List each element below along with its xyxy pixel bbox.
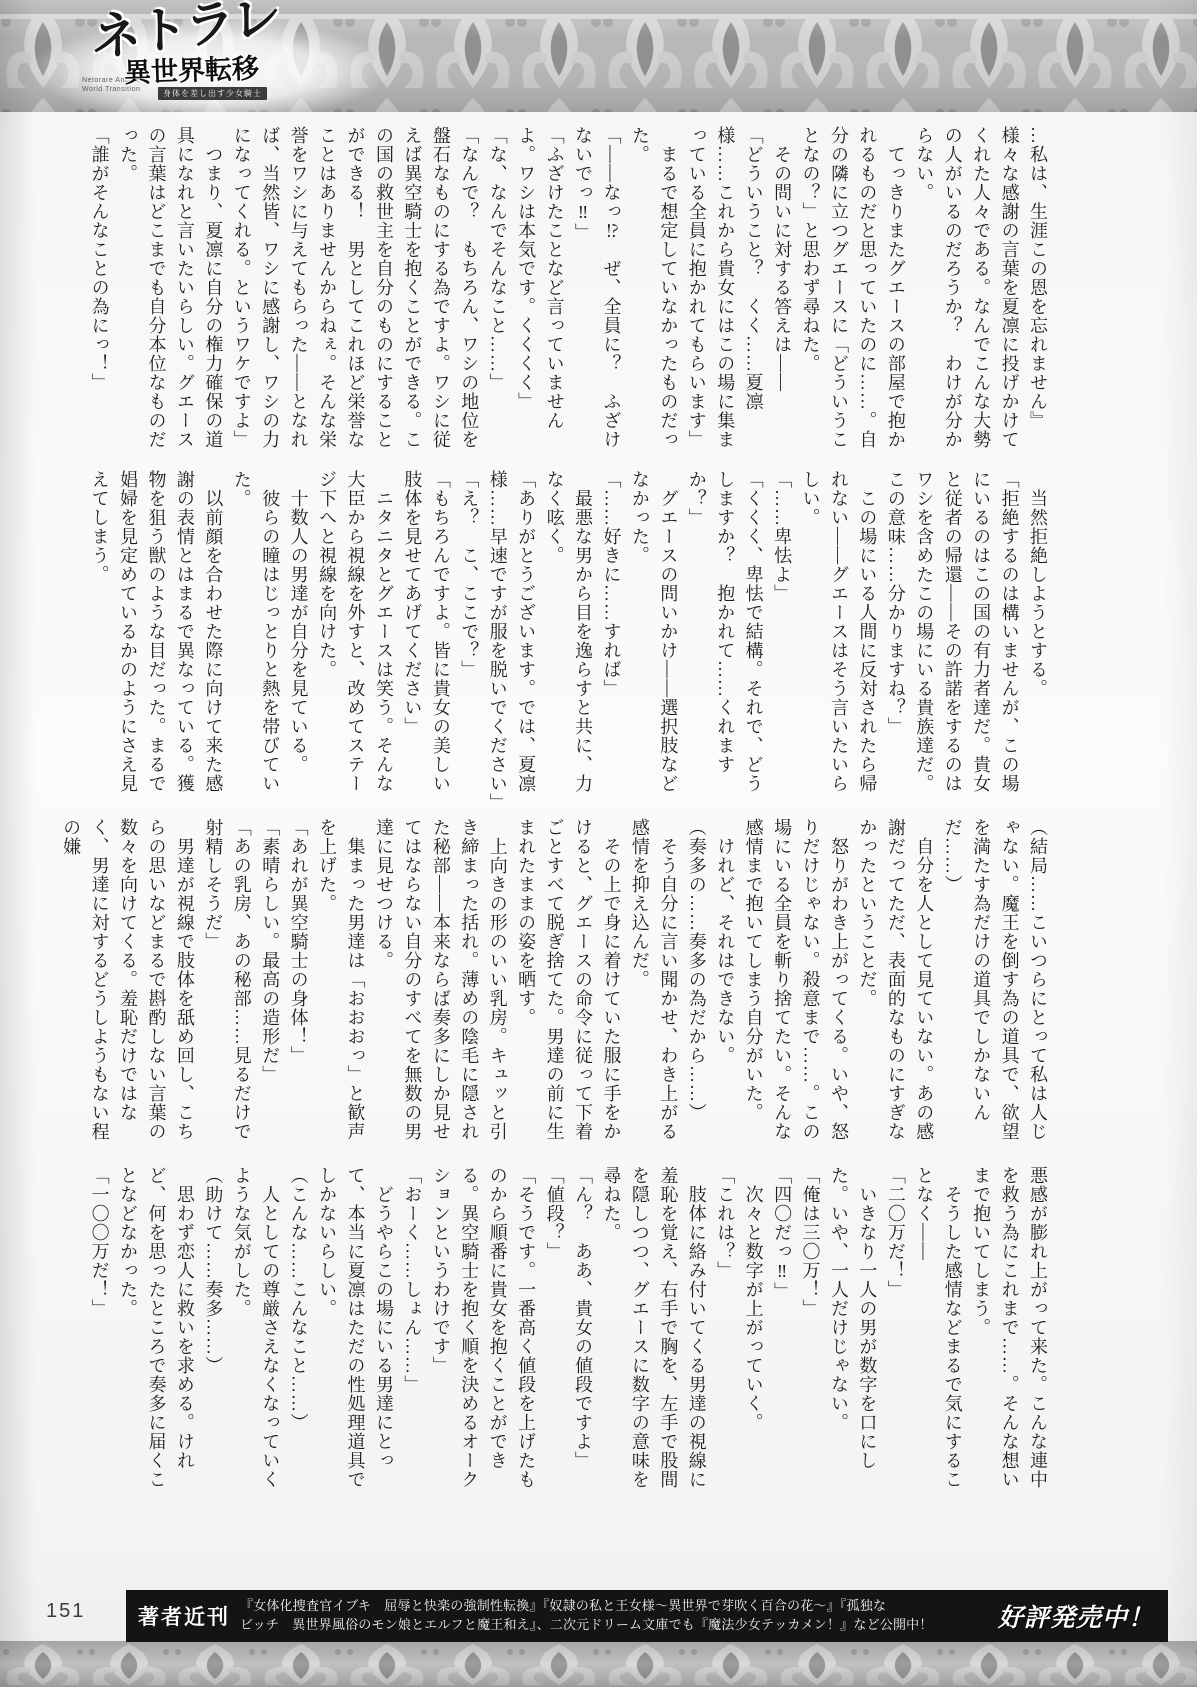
publisher-bar: 著者近刊 『女体化捜査官イブキ 屈辱と快楽の強制性転換』『奴隷の私と王女様～異世… [126,1590,1168,1642]
paragraph: 「え？ こ、ここで？」 [455,470,483,804]
paragraph: ニタニタとグエースは笑う。そんな大臣から視線を外すと、改めてステージ下へと視線を… [313,470,398,804]
paragraph: …私は、生涯この恩を忘れません』 [1024,126,1052,460]
paragraph: （こんな……こんなこと……） [284,1166,312,1500]
paragraph: 「これは？」 [711,1166,739,1500]
paragraph: そう自分に言い聞かせ、わき上がる感情を抑え込んだ。 [625,818,682,1152]
paragraph: 思わず恋人に救いを求める。けれど、何を思ったところで奏多に届くことなどなかった。 [114,1166,199,1500]
paragraph: 当然拒絶しようとする。 [1024,470,1052,804]
paragraph: 「おーく……しょん……」 [398,1166,426,1500]
logo-subtitle-text: 異世界転移 [124,52,363,87]
paragraph: グエースの問いかけ――選択肢などなかった。 [625,470,682,804]
paragraph: （助けて……奏多……） [199,1166,227,1500]
page-number: 151 [46,1600,85,1623]
author-new-books-label: 著者近刊 [126,1601,240,1631]
paragraph: 最悪な男から目を逸らすと共に、力なく呟く。 [540,470,597,804]
paragraph: いきなり一人の男が数字を口にした。いや、一人だけじゃない。 [825,1166,882,1500]
paragraph: 「一〇〇万だ！」 [85,1166,113,1500]
paragraph: 「くくく、卑怯で結構。それで、どうしますか？ 抱かれて……くれますか？」 [682,470,767,804]
book-titles: 『女体化捜査官イブキ 屈辱と快楽の強制性転換』『奴隷の私と王女様～異世界で芽吹く… [240,1597,988,1635]
paragraph: その問いに対する答えは―― [768,126,796,460]
paragraph: （奏多の……奏多の為だから……） [682,818,710,1152]
paragraph: まるで想定していなかったものだった。 [625,126,682,460]
paragraph: 「……好きに……すれば」 [597,470,625,804]
paragraph: どうやらこの場にいる男達にとって、本当に夏凛はただの性処理道具でしかないらしい。 [313,1166,398,1500]
paragraph: 次々と数字が上がっていく。 [739,1166,767,1500]
paragraph: 「ありがとうございます。では、夏凛様……早速ですが服を脱いでください」 [483,470,540,804]
paragraph: 肢体に絡み付いてくる男達の視線に羞恥を覚え、右手で胸を、左手で股間を隠しつつ、グ… [597,1166,711,1500]
paragraph: 「そうです。一番高く値段を上げたものから順番に貴女を抱くことができる。異空騎士を… [426,1166,540,1500]
paragraph: けれど、それはできない。 [711,818,739,1152]
paragraph: 「二〇万だ！」 [881,1166,909,1500]
paragraph: 「ん？ ああ、貴女の値段ですよ」 [569,1166,597,1500]
book-titles-line-1: 『女体化捜査官イブキ 屈辱と快楽の強制性転換』『奴隷の私と王女様～異世界で芽吹く… [240,1597,988,1616]
paragraph: 彼らの瞳はじっとりと熱を帯びていた。 [227,470,284,804]
paragraph: 以前顔を合わせた際に向けて来た感謝の表情とはまるで異なっている。獲物を狙う獣のよ… [85,470,227,804]
paragraph: 男達が視線で肢体を舐め回し、こちらの思いなどまるで斟酌しない言葉の数々を向けてく… [57,818,199,1152]
paragraph: 「値段？」 [540,1166,568,1500]
on-sale-badge: 好評発売中！ [988,1598,1168,1634]
paragraph: 悪感が膨れ上がって来た。こんな連中を救う為にこれまで……。そんな想いまで抱いてし… [967,1166,1052,1500]
paragraph: 「俺は三〇万！」 [796,1166,824,1500]
paragraph: 「素晴らしい。最高の造形だ」 [256,818,284,1152]
paragraph: 怒りがわき上がってくる。いや、怒りだけじゃない。殺意まで……。この場にいる全員を… [739,818,853,1152]
paragraph: 「あの乳房、あの秘部……見るだけで射精しそうだ」 [199,818,256,1152]
paragraph: 自分を人として見ていない。あの感謝だってただ、表面的なものにすぎなかったというこ… [853,818,938,1152]
paragraph: てっきりまたグエースの部屋で抱かれるものだと思っていたのに……。自分の隣に立つグ… [796,126,910,460]
paragraph: 「……卑怯よ」 [768,470,796,804]
paragraph: 「もちろんですよ。皆に貴女の美しい肢体を見せてあげてください」 [398,470,455,804]
paragraph: 「ふざけたことなど言っていませんよ。ワシは本気です。くくくく」 [512,126,569,460]
paragraph: 集まった男達は「おおおっ」と歓声を上げた。 [313,818,370,1152]
paragraph: そうした感情などまるで気にすることなく―― [910,1166,967,1500]
paragraph: 「なんで？ もちろん、ワシの地位を盤石なものにする為ですよ。ワシに従えば異空騎士… [227,126,483,460]
paragraph: 「あれが異空騎士の身体！」 [284,818,312,1152]
paragraph: 「四〇だっ‼」 [768,1166,796,1500]
logo-tagline: 身体を差し出す少女騎士 [158,87,267,100]
paragraph: 「誰がそんなことの為にっ！」 [85,126,113,460]
paragraph: 「どういうこと？ くく……夏凛様……これから貴女にはこの場に集まっている全員に抱… [682,126,767,460]
paragraph: 「な、なんでそんなこと……」 [483,126,511,460]
paragraph: 様々な感謝の言葉を夏凛に投げかけてくれた人々である。なんでこんな大勢の人がいるの… [910,126,1024,460]
paragraph: 十数人の男達が自分を見ている。 [284,470,312,804]
novel-text-block-4: 悪感が膨れ上がって来た。こんな連中を救う為にこれまで……。そんな想いまで抱いてし… [50,1166,1052,1500]
ornament-band-bottom-icon [0,1641,1197,1687]
novel-text-block-2: 当然拒絶しようとする。「拒絶するのは構いませんが、この場にいるのはこの国の有力者… [50,470,1052,804]
series-logo: Netorare Another World Transition ネトラレ 異… [62,14,362,134]
paragraph: 「拒絶するのは構いませんが、この場にいるのはこの国の有力者達だ。貴女と従者の帰還… [881,470,1023,804]
scanned-novel-page: Netorare Another World Transition ネトラレ 異… [0,0,1197,1687]
book-titles-line-2: ビッチ 異世界風俗のモン娘とエルフと魔王和え』、二次元ドリーム文庫でも『魔法少女… [240,1616,988,1635]
paragraph: この場にいる人間に反対されたら帰れない――グエースはそう言いたいらしい。 [796,470,881,804]
novel-text-block-3: （結局……こいつらにとって私は人じゃない。魔王を倒す為の道具で、欲望を満たす為だ… [50,818,1052,1152]
paragraph: 「――なっ⁉ ぜ、全員に？ ふざけないでっ‼」 [569,126,626,460]
paragraph: 上向きの形のいい乳房。キュッと引き締まった括れ。薄めの陰毛に隠された秘部――本来… [370,818,512,1152]
novel-text-block-1: …私は、生涯この恩を忘れません』様々な感謝の言葉を夏凛に投げかけてくれた人々であ… [50,126,1052,460]
paragraph: （結局……こいつらにとって私は人じゃない。魔王を倒す為の道具で、欲望を満たす為だ… [938,818,1052,1152]
paragraph: 人としての尊厳さえなくなっていくような気がした。 [227,1166,284,1500]
paragraph: その上で身に着けていた服に手をかけると、グエースの命令に従って下着ごとすべて脱ぎ… [512,818,626,1152]
paragraph: つまり、夏凛に自分の権力確保の道具になれと言いたいらしい。グエースの言葉はどこま… [114,126,228,460]
